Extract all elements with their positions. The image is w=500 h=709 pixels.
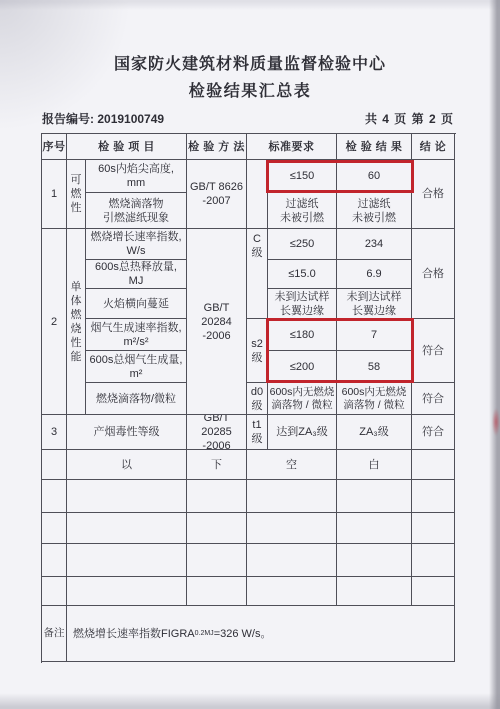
res-flame-tip-height: 60 xyxy=(337,160,412,193)
conclusion-3: 符合 xyxy=(412,319,455,383)
grade-cell-empty xyxy=(247,160,268,229)
req-filter-paper: 过滤纸 未被引燃 xyxy=(268,193,337,229)
document-title: 检验结果汇总表 xyxy=(0,78,500,101)
empty-cell xyxy=(42,577,67,606)
conclusion-5: 符合 xyxy=(412,415,455,450)
grade-s2: s2 级 xyxy=(247,319,268,383)
blank-word-2: 下 xyxy=(187,450,247,480)
item-droplets-particles: 燃烧滴落物/微粒 xyxy=(86,383,187,415)
group-sbi-performance: 单体燃烧性能 xyxy=(67,229,86,415)
empty-cell xyxy=(67,480,187,513)
method-gbt20285: GB/T 20285 -2006 xyxy=(187,415,247,450)
org-name-title: 国家防火建筑材料质量监督检验中心 xyxy=(0,51,500,74)
blank-word-4: 白 xyxy=(337,450,412,480)
req-smoke-toxicity: 达到ZA₃级 xyxy=(268,415,337,450)
grade-d0: d0 级 xyxy=(247,383,268,415)
blank-cell xyxy=(42,450,67,480)
empty-cell xyxy=(42,513,67,544)
item-lateral-flame-spread: 火焰横向蔓延 xyxy=(86,289,187,319)
empty-cell xyxy=(67,577,187,606)
report-number-line: 报告编号: 2019100749 xyxy=(42,110,164,127)
conclusion-2: 合格 xyxy=(412,229,455,319)
empty-cell xyxy=(187,577,247,606)
row-no-1: 1 xyxy=(42,160,67,229)
req-thr600: ≤15.0 xyxy=(268,260,337,289)
empty-cell xyxy=(337,480,412,513)
req-smogra: ≤180 xyxy=(268,319,337,351)
res-figra: 234 xyxy=(337,229,412,260)
method-gbt8626: GB/T 8626 -2007 xyxy=(187,160,247,229)
empty-cell xyxy=(42,480,67,513)
res-droplets-particles: 600s内无燃烧 滴落物 / 微粒 xyxy=(337,383,412,415)
empty-cell xyxy=(412,513,455,544)
results-summary-table: 序号 检 验 项 目 检 验 方 法 标准要求 检 验 结 果 结 论 1 可燃… xyxy=(41,133,456,663)
req-lateral-flame-spread: 未到达试样 长翼边缘 xyxy=(268,289,337,319)
res-filter-paper: 过滤纸 未被引燃 xyxy=(337,193,412,229)
empty-cell xyxy=(247,577,337,606)
row-no-2: 2 xyxy=(42,229,67,415)
empty-cell xyxy=(187,544,247,577)
remark-text-pre: 燃烧增长速率指数FIGRA xyxy=(73,627,195,641)
header-conclusion: 结 论 xyxy=(412,134,455,160)
res-tsp600: 58 xyxy=(337,351,412,383)
empty-cell xyxy=(187,480,247,513)
report-number-label: 报告编号: xyxy=(42,112,94,126)
conclusion-4: 符合 xyxy=(412,383,455,415)
header-test-method: 检 验 方 法 xyxy=(187,134,247,160)
empty-cell xyxy=(42,544,67,577)
req-droplets-particles: 600s内无燃烧 滴落物 / 微粒 xyxy=(268,383,337,415)
empty-cell xyxy=(67,544,187,577)
blank-word-1: 以 xyxy=(67,450,187,480)
empty-cell xyxy=(412,577,455,606)
item-tsp600: 600s总烟气生成量, m² xyxy=(86,351,187,383)
grade-c: C 级 xyxy=(247,229,268,319)
empty-cell xyxy=(337,544,412,577)
header-no: 序号 xyxy=(42,134,67,160)
header-test-result: 检 验 结 果 xyxy=(337,134,412,160)
row-no-3: 3 xyxy=(42,415,67,450)
empty-cell xyxy=(247,480,337,513)
header-standard-requirement: 标准要求 xyxy=(247,134,337,160)
header-test-item: 检 验 项 目 xyxy=(67,134,187,160)
remark-text: 燃烧增长速率指数FIGRA0.2MJ=326 W/s。 xyxy=(67,606,455,662)
empty-cell xyxy=(247,544,337,577)
item-smoke-toxicity: 产烟毒性等级 xyxy=(67,415,187,450)
remark-text-post: =326 W/s。 xyxy=(214,627,272,641)
scanned-report-page: 国家防火建筑材料质量监督检验中心 检验结果汇总表 报告编号: 201910074… xyxy=(0,0,500,709)
item-thr600: 600s总热释放量, MJ xyxy=(86,260,187,289)
empty-cell xyxy=(412,480,455,513)
item-dripping-filter-paper: 燃烧滴落物 引燃滤纸现象 xyxy=(86,193,187,229)
report-number-value: 2019100749 xyxy=(97,112,164,126)
res-lateral-flame-spread: 未到达试样 长翼边缘 xyxy=(337,289,412,319)
method-gbt20284: GB/T 20284 -2006 xyxy=(187,229,247,415)
empty-cell xyxy=(187,513,247,544)
grade-t1: t1 级 xyxy=(247,415,268,450)
empty-cell xyxy=(337,513,412,544)
empty-cell xyxy=(247,513,337,544)
item-figra: 燃烧增长速率指数, W/s xyxy=(86,229,187,260)
req-flame-tip-height: ≤150 xyxy=(268,160,337,193)
remark-text-subscript: 0.2MJ xyxy=(195,627,214,641)
empty-cell xyxy=(412,544,455,577)
pagination-info: 共 4 页 第 2 页 xyxy=(365,110,454,127)
req-figra: ≤250 xyxy=(268,229,337,260)
empty-cell xyxy=(337,577,412,606)
req-tsp600: ≤200 xyxy=(268,351,337,383)
group-combustibility: 可燃性 xyxy=(67,160,86,229)
res-smoke-toxicity: ZA₃级 xyxy=(337,415,412,450)
remark-label: 备注 xyxy=(42,606,67,662)
blank-word-3: 空 xyxy=(247,450,337,480)
empty-cell xyxy=(67,513,187,544)
item-flame-tip-height: 60s内焰尖高度, mm xyxy=(86,160,187,193)
blank-cell xyxy=(412,450,455,480)
item-smogra: 烟气生成速率指数, m²/s² xyxy=(86,319,187,351)
red-edge-stamp-artifact xyxy=(492,408,500,436)
conclusion-1: 合格 xyxy=(412,160,455,229)
res-smogra: 7 xyxy=(337,319,412,351)
res-thr600: 6.9 xyxy=(337,260,412,289)
